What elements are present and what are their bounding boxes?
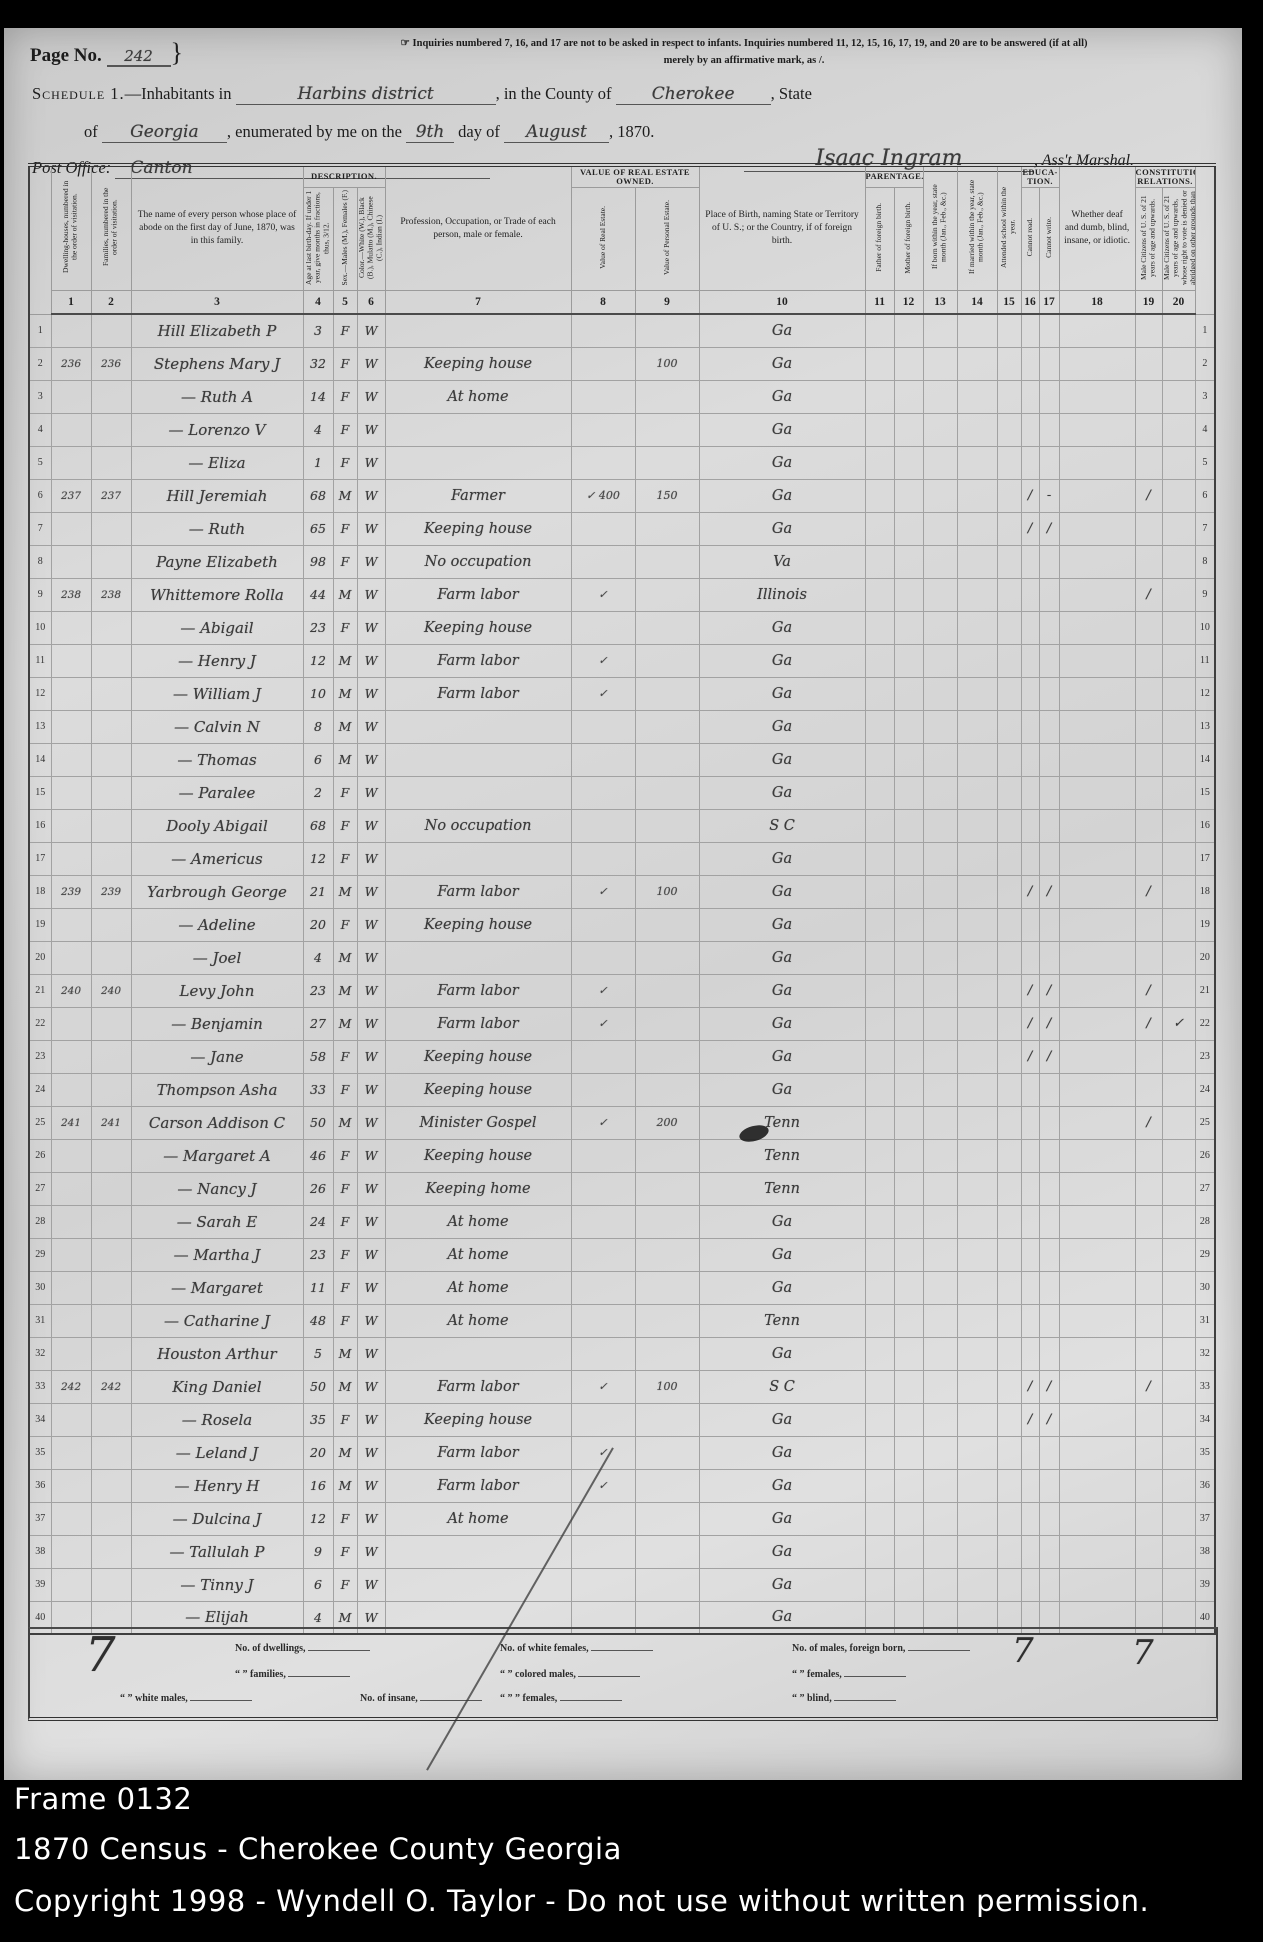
mother-foreign-cell <box>894 380 923 413</box>
dwelling-number <box>51 644 91 677</box>
occupation-value: Keeping house <box>385 908 571 941</box>
born-month-cell <box>923 479 957 512</box>
attended-school-cell <box>997 1469 1021 1502</box>
row-number-left: 23 <box>29 1040 51 1073</box>
sex-value: F <box>333 1502 357 1535</box>
inhabitants-label: —Inhabitants in <box>125 84 232 103</box>
family-number <box>91 908 131 941</box>
age-value: 35 <box>303 1403 333 1436</box>
married-month-cell <box>957 677 997 710</box>
age-value: 4 <box>303 413 333 446</box>
row-number-left: 18 <box>29 875 51 908</box>
male-citizen-mark <box>1135 611 1162 644</box>
male-citizen-mark <box>1135 1304 1162 1337</box>
personal-estate-value <box>635 1073 699 1106</box>
row-number-right: 27 <box>1195 1172 1215 1205</box>
row-number-right: 8 <box>1195 545 1215 578</box>
vote-denied-mark <box>1162 446 1195 479</box>
born-month-cell <box>923 1568 957 1601</box>
mother-foreign-cell <box>894 743 923 776</box>
mother-foreign-cell <box>894 1205 923 1238</box>
married-month-cell <box>957 644 997 677</box>
cannot-write-mark <box>1039 1502 1059 1535</box>
table-row: 2236236Stephens Mary J32FWKeeping house1… <box>29 347 1215 380</box>
mother-foreign-cell <box>894 842 923 875</box>
year-label: , 1870. <box>609 122 654 141</box>
cannot-write-mark <box>1039 1436 1059 1469</box>
person-name: Hill Elizabeth P <box>131 314 303 347</box>
birthplace-value: Ga <box>699 1073 865 1106</box>
born-month-cell <box>923 1337 957 1370</box>
male-citizen-mark <box>1135 776 1162 809</box>
married-month-cell <box>957 1007 997 1040</box>
born-month-cell <box>923 875 957 908</box>
dwelling-number <box>51 1469 91 1502</box>
vote-denied-mark <box>1162 1106 1195 1139</box>
age-value: 48 <box>303 1304 333 1337</box>
family-number <box>91 842 131 875</box>
born-month-cell <box>923 1238 957 1271</box>
summary-blind: “ ” blind, <box>792 1691 896 1704</box>
table-row: 32Houston Arthur5MWGa32 <box>29 1337 1215 1370</box>
born-month-cell <box>923 545 957 578</box>
family-number <box>91 1337 131 1370</box>
occupation-value: Keeping house <box>385 512 571 545</box>
father-foreign-cell <box>865 1370 894 1403</box>
age-value: 11 <box>303 1271 333 1304</box>
column-header-18: Whether deaf and dumb, blind, insane, or… <box>1059 165 1135 291</box>
sex-value: F <box>333 809 357 842</box>
male-citizen-mark <box>1135 809 1162 842</box>
cannot-write-mark: / <box>1039 974 1059 1007</box>
cannot-read-mark <box>1021 677 1039 710</box>
father-foreign-cell <box>865 545 894 578</box>
group-header-constitutional: Constitutional Relations. <box>1135 165 1195 188</box>
cannot-read-mark <box>1021 1172 1039 1205</box>
row-number-left: 38 <box>29 1535 51 1568</box>
married-month-cell <box>957 1139 997 1172</box>
row-number-left: 10 <box>29 611 51 644</box>
personal-estate-value <box>635 1337 699 1370</box>
dwelling-number <box>51 710 91 743</box>
column-header-11: Father of foreign birth. <box>865 188 894 291</box>
real-estate-value <box>571 1271 635 1304</box>
mother-foreign-cell <box>894 1568 923 1601</box>
married-month-cell <box>957 446 997 479</box>
vote-denied-mark <box>1162 479 1195 512</box>
row-number-left: 37 <box>29 1502 51 1535</box>
father-foreign-cell <box>865 479 894 512</box>
male-citizen-mark: / <box>1135 1007 1162 1040</box>
table-row: 8Payne Elizabeth98FWNo occupationVa8 <box>29 545 1215 578</box>
deaf-dumb-cell <box>1059 1040 1135 1073</box>
real-estate-value <box>571 1403 635 1436</box>
color-value: W <box>357 875 385 908</box>
attended-school-cell <box>997 710 1021 743</box>
group-header-description: Description. <box>303 165 385 188</box>
footer-summary: 7 No. of dwellings, No. of white females… <box>28 1627 1218 1721</box>
page-no-value: 242 <box>107 47 171 67</box>
father-foreign-cell <box>865 1238 894 1271</box>
occupation-value <box>385 1568 571 1601</box>
attended-school-cell <box>997 1304 1021 1337</box>
color-value: W <box>357 380 385 413</box>
married-month-cell <box>957 578 997 611</box>
father-foreign-cell <box>865 1106 894 1139</box>
vote-denied-mark <box>1162 578 1195 611</box>
sex-value: M <box>333 1106 357 1139</box>
real-estate-value <box>571 1304 635 1337</box>
row-number-left: 12 <box>29 677 51 710</box>
summary-males-foreign: No. of males, foreign born, <box>792 1641 970 1654</box>
father-foreign-cell <box>865 644 894 677</box>
personal-estate-value <box>635 776 699 809</box>
person-name: — Calvin N <box>131 710 303 743</box>
color-value: W <box>357 1469 385 1502</box>
cannot-write-mark <box>1039 1139 1059 1172</box>
age-value: 26 <box>303 1172 333 1205</box>
personal-estate-value <box>635 644 699 677</box>
mother-foreign-cell <box>894 1040 923 1073</box>
cannot-read-mark: / <box>1021 512 1039 545</box>
color-value: W <box>357 908 385 941</box>
person-name: — Martha J <box>131 1238 303 1271</box>
table-row: 18239239Yarbrough George21MWFarm labor✓1… <box>29 875 1215 908</box>
cannot-write-mark <box>1039 578 1059 611</box>
cannot-read-mark <box>1021 908 1039 941</box>
color-value: W <box>357 710 385 743</box>
married-month-cell <box>957 1403 997 1436</box>
color-value: W <box>357 479 385 512</box>
birthplace-value: Ga <box>699 710 865 743</box>
deaf-dumb-cell <box>1059 413 1135 446</box>
color-value: W <box>357 776 385 809</box>
birthplace-value: Ga <box>699 413 865 446</box>
attended-school-cell <box>997 1403 1021 1436</box>
occupation-value: Farm labor <box>385 974 571 1007</box>
cannot-write-mark <box>1039 710 1059 743</box>
age-value: 21 <box>303 875 333 908</box>
family-number: 238 <box>91 578 131 611</box>
cannot-write-mark <box>1039 545 1059 578</box>
row-number-right: 37 <box>1195 1502 1215 1535</box>
color-value: W <box>357 974 385 1007</box>
married-month-cell <box>957 974 997 1007</box>
vote-denied-mark <box>1162 710 1195 743</box>
cannot-write-mark: / <box>1039 512 1059 545</box>
attended-school-cell <box>997 1271 1021 1304</box>
vote-denied-mark <box>1162 1403 1195 1436</box>
attended-school-cell <box>997 1238 1021 1271</box>
dwelling-number <box>51 809 91 842</box>
cannot-write-mark <box>1039 677 1059 710</box>
dwelling-number <box>51 842 91 875</box>
deaf-dumb-cell <box>1059 1568 1135 1601</box>
occupation-value: Keeping home <box>385 1172 571 1205</box>
column-header-13: If born within the year, state month (Ja… <box>923 165 957 291</box>
row-number-right: 20 <box>1195 941 1215 974</box>
father-foreign-cell <box>865 413 894 446</box>
attended-school-cell <box>997 875 1021 908</box>
column-header-19: Male Citizens of U. S. of 21 years of ag… <box>1135 188 1162 291</box>
vote-denied-mark <box>1162 413 1195 446</box>
age-value: 33 <box>303 1073 333 1106</box>
dwelling-number <box>51 446 91 479</box>
sex-value: F <box>333 314 357 347</box>
deaf-dumb-cell <box>1059 974 1135 1007</box>
family-number <box>91 743 131 776</box>
row-number-left: 11 <box>29 644 51 677</box>
married-month-cell <box>957 1502 997 1535</box>
born-month-cell <box>923 380 957 413</box>
vote-denied-mark <box>1162 1568 1195 1601</box>
birthplace-value: Ga <box>699 875 865 908</box>
born-month-cell <box>923 314 957 347</box>
row-number-right: 30 <box>1195 1271 1215 1304</box>
born-month-cell <box>923 1106 957 1139</box>
mother-foreign-cell <box>894 875 923 908</box>
footer-handwritten-mark: 7 <box>85 1627 116 1683</box>
age-value: 68 <box>303 809 333 842</box>
person-name: — Henry H <box>131 1469 303 1502</box>
personal-estate-value: 100 <box>635 875 699 908</box>
mother-foreign-cell <box>894 1139 923 1172</box>
married-month-cell <box>957 1040 997 1073</box>
male-citizen-mark <box>1135 314 1162 347</box>
age-value: 4 <box>303 941 333 974</box>
birthplace-value: Ga <box>699 611 865 644</box>
occupation-value: Farm labor <box>385 1007 571 1040</box>
male-citizen-mark: / <box>1135 974 1162 1007</box>
mother-foreign-cell <box>894 1403 923 1436</box>
vote-denied-mark <box>1162 347 1195 380</box>
family-number <box>91 809 131 842</box>
deaf-dumb-cell <box>1059 1403 1135 1436</box>
deaf-dumb-cell <box>1059 1073 1135 1106</box>
real-estate-value <box>571 1073 635 1106</box>
table-row: 31— Catharine J48FWAt homeTenn31 <box>29 1304 1215 1337</box>
father-foreign-cell <box>865 611 894 644</box>
personal-estate-value <box>635 1568 699 1601</box>
birthplace-value: Ga <box>699 479 865 512</box>
cannot-write-mark: - <box>1039 479 1059 512</box>
person-name: Hill Jeremiah <box>131 479 303 512</box>
father-foreign-cell <box>865 974 894 1007</box>
cannot-read-mark <box>1021 842 1039 875</box>
family-number <box>91 1139 131 1172</box>
attended-school-cell <box>997 380 1021 413</box>
attended-school-cell <box>997 545 1021 578</box>
age-value: 5 <box>303 1337 333 1370</box>
personal-estate-value <box>635 1502 699 1535</box>
schedule-title-line: Schedule 1.—Inhabitants in Harbins distr… <box>32 84 812 105</box>
male-citizen-mark <box>1135 1535 1162 1568</box>
cannot-read-mark: / <box>1021 1370 1039 1403</box>
enumeration-line: of Georgia, enumerated by me on the 9th … <box>84 122 654 143</box>
real-estate-value <box>571 809 635 842</box>
instructions-line2: merely by an affirmative mark, as /. <box>254 53 1234 70</box>
column-header-16: Cannot read. <box>1021 188 1039 291</box>
birthplace-value: Ga <box>699 908 865 941</box>
real-estate-value: ✓ <box>571 677 635 710</box>
row-number-left: 3 <box>29 380 51 413</box>
row-number-right: 22 <box>1195 1007 1215 1040</box>
cannot-write-mark <box>1039 809 1059 842</box>
occupation-value <box>385 1535 571 1568</box>
row-number-header-right <box>1195 165 1215 314</box>
occupation-value <box>385 776 571 809</box>
father-foreign-cell <box>865 1139 894 1172</box>
table-row: 9238238Whittemore Rolla44MWFarm labor✓Il… <box>29 578 1215 611</box>
district-value: Harbins district <box>236 84 496 105</box>
color-value: W <box>357 1073 385 1106</box>
deaf-dumb-cell <box>1059 1436 1135 1469</box>
sex-value: M <box>333 578 357 611</box>
table-row: 10— Abigail23FWKeeping houseGa10 <box>29 611 1215 644</box>
color-value: W <box>357 1337 385 1370</box>
personal-estate-value <box>635 380 699 413</box>
vote-denied-mark <box>1162 974 1195 1007</box>
father-foreign-cell <box>865 1337 894 1370</box>
table-row: 6237237Hill Jeremiah68MWFarmer✓ 400150Ga… <box>29 479 1215 512</box>
sex-value: F <box>333 1568 357 1601</box>
real-estate-value <box>571 446 635 479</box>
mother-foreign-cell <box>894 809 923 842</box>
birthplace-value: Va <box>699 545 865 578</box>
mother-foreign-cell <box>894 1337 923 1370</box>
color-value: W <box>357 512 385 545</box>
cannot-write-mark: / <box>1039 1040 1059 1073</box>
occupation-value: Farm labor <box>385 1370 571 1403</box>
attended-school-cell <box>997 1436 1021 1469</box>
deaf-dumb-cell <box>1059 347 1135 380</box>
age-value: 58 <box>303 1040 333 1073</box>
row-number-left: 14 <box>29 743 51 776</box>
vote-denied-mark <box>1162 776 1195 809</box>
group-header-parentage: Parentage. <box>865 165 923 188</box>
born-month-cell <box>923 446 957 479</box>
age-value: 20 <box>303 908 333 941</box>
born-month-cell <box>923 1370 957 1403</box>
attended-school-cell <box>997 677 1021 710</box>
cannot-read-mark <box>1021 446 1039 479</box>
sex-value: F <box>333 1271 357 1304</box>
dwelling-number: 242 <box>51 1370 91 1403</box>
dwelling-number <box>51 1304 91 1337</box>
cannot-read-mark <box>1021 545 1039 578</box>
cannot-write-mark <box>1039 1568 1059 1601</box>
age-value: 3 <box>303 314 333 347</box>
age-value: 23 <box>303 1238 333 1271</box>
cannot-read-mark <box>1021 347 1039 380</box>
male-citizen-mark <box>1135 908 1162 941</box>
color-value: W <box>357 1568 385 1601</box>
deaf-dumb-cell <box>1059 314 1135 347</box>
summary-females2: “ ” ” females, <box>500 1691 622 1704</box>
age-value: 8 <box>303 710 333 743</box>
male-citizen-mark <box>1135 1172 1162 1205</box>
person-name: Yarbrough George <box>131 875 303 908</box>
age-value: 27 <box>303 1007 333 1040</box>
mother-foreign-cell <box>894 1271 923 1304</box>
census-rows: 1Hill Elizabeth P3FWGa12236236Stephens M… <box>29 314 1215 1634</box>
born-month-cell <box>923 908 957 941</box>
male-citizen-mark: / <box>1135 479 1162 512</box>
birthplace-value: Tenn <box>699 1106 865 1139</box>
mother-foreign-cell <box>894 1535 923 1568</box>
occupation-value: Farm labor <box>385 1469 571 1502</box>
born-month-cell <box>923 710 957 743</box>
vote-denied-mark <box>1162 1205 1195 1238</box>
cannot-write-mark <box>1039 1106 1059 1139</box>
male-citizen-mark <box>1135 842 1162 875</box>
deaf-dumb-cell <box>1059 1469 1135 1502</box>
dwelling-number: 236 <box>51 347 91 380</box>
row-number-right: 36 <box>1195 1469 1215 1502</box>
color-value: W <box>357 1106 385 1139</box>
color-value: W <box>357 446 385 479</box>
attended-school-cell <box>997 974 1021 1007</box>
sex-value: F <box>333 776 357 809</box>
birthplace-value: Ga <box>699 380 865 413</box>
vote-denied-mark <box>1162 743 1195 776</box>
married-month-cell <box>957 1106 997 1139</box>
deaf-dumb-cell <box>1059 1337 1135 1370</box>
married-month-cell <box>957 1370 997 1403</box>
column-header-4: Age at last birth-day. If under 1 year, … <box>303 188 333 291</box>
row-number-right: 32 <box>1195 1337 1215 1370</box>
deaf-dumb-cell <box>1059 545 1135 578</box>
table-row: 16Dooly Abigail68FWNo occupationS C16 <box>29 809 1215 842</box>
page-number: Page No. 242} <box>30 38 183 68</box>
row-number-left: 19 <box>29 908 51 941</box>
family-number <box>91 941 131 974</box>
attended-school-cell <box>997 776 1021 809</box>
personal-estate-value <box>635 1172 699 1205</box>
male-citizen-mark <box>1135 1238 1162 1271</box>
cannot-read-mark <box>1021 1502 1039 1535</box>
family-number <box>91 644 131 677</box>
person-name: Houston Arthur <box>131 1337 303 1370</box>
real-estate-value: ✓ <box>571 1370 635 1403</box>
born-month-cell <box>923 578 957 611</box>
personal-estate-value <box>635 677 699 710</box>
row-number-right: 13 <box>1195 710 1215 743</box>
born-month-cell <box>923 1139 957 1172</box>
attended-school-cell <box>997 479 1021 512</box>
real-estate-value <box>571 512 635 545</box>
deaf-dumb-cell <box>1059 479 1135 512</box>
birthplace-value: Ga <box>699 512 865 545</box>
born-month-cell <box>923 842 957 875</box>
birthplace-value: Ga <box>699 1568 865 1601</box>
color-value: W <box>357 1040 385 1073</box>
color-value: W <box>357 1304 385 1337</box>
cannot-read-mark: / <box>1021 1040 1039 1073</box>
vote-denied-mark <box>1162 908 1195 941</box>
age-value: 44 <box>303 578 333 611</box>
birthplace-value: Ga <box>699 743 865 776</box>
father-foreign-cell <box>865 1568 894 1601</box>
table-row: 22— Benjamin27MWFarm labor✓Ga///✓22 <box>29 1007 1215 1040</box>
color-value: W <box>357 611 385 644</box>
table-row: 29— Martha J23FWAt homeGa29 <box>29 1238 1215 1271</box>
row-number-left: 27 <box>29 1172 51 1205</box>
summary-dwellings: No. of dwellings, <box>235 1641 370 1654</box>
birthplace-value: Ga <box>699 644 865 677</box>
dwelling-number <box>51 776 91 809</box>
family-number <box>91 710 131 743</box>
